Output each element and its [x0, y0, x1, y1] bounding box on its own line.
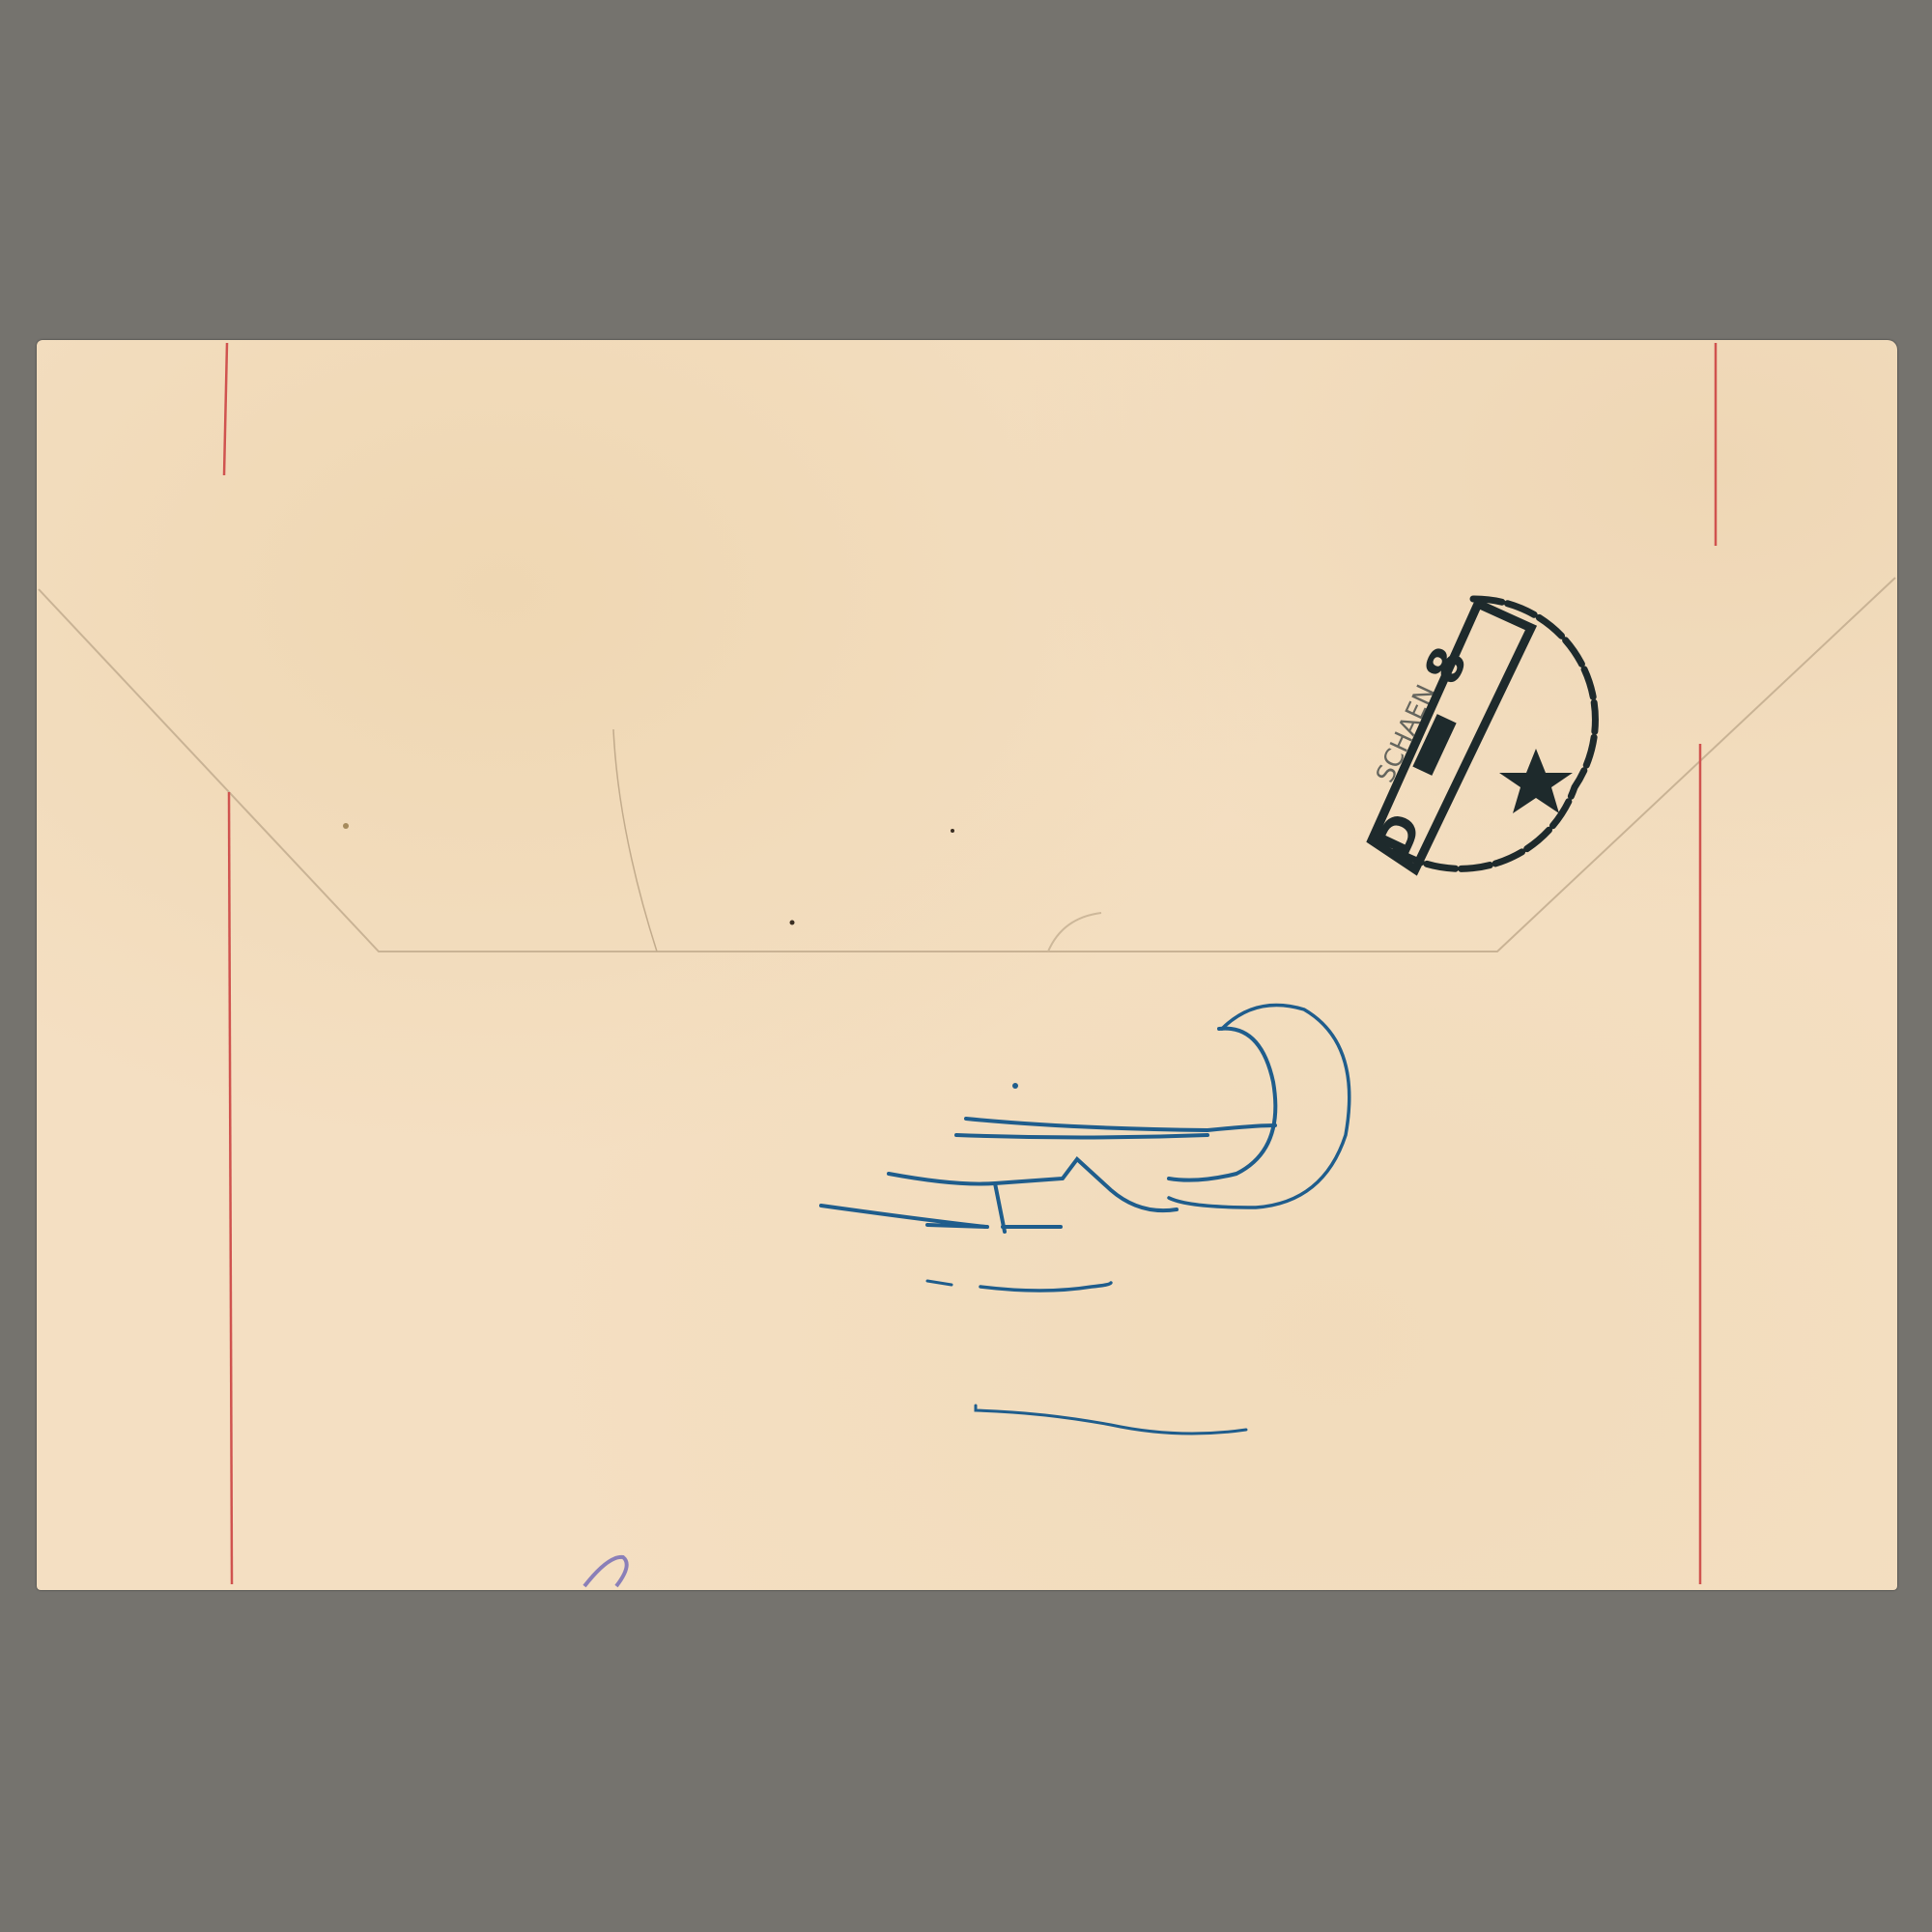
- postmark-stamp: 8 SCHAEN D: [1365, 599, 1595, 869]
- star-icon: [1499, 749, 1573, 813]
- flap-tear: [1048, 913, 1101, 952]
- flap-fold-lines: [39, 578, 1895, 952]
- pencil-mark: [584, 1557, 627, 1586]
- paper-crease: [613, 729, 657, 952]
- paper-specks: [343, 823, 954, 925]
- red-guide-lines: [224, 343, 1716, 1584]
- envelope-details: 8 SCHAEN D: [0, 0, 1932, 1932]
- ink-handwriting: [821, 1006, 1350, 1435]
